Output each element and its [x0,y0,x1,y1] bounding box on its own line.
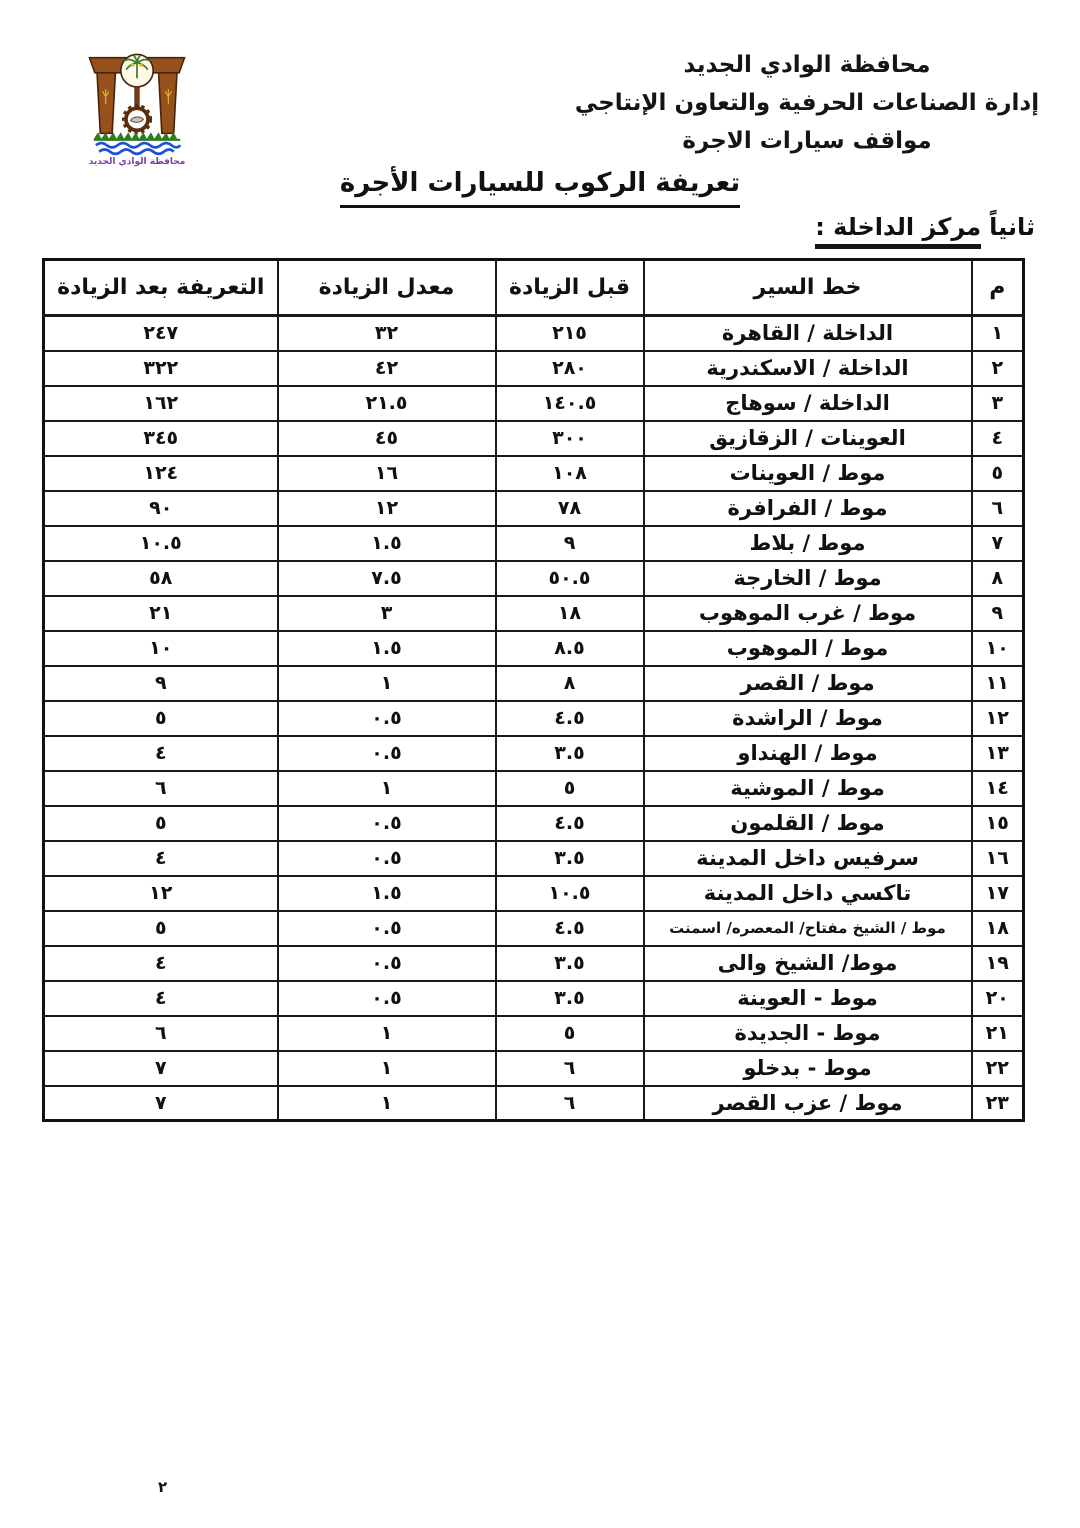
cell-fare-after: ٣٢٢ [44,351,278,386]
cell-fare-before: ٣.٥ [496,946,644,981]
cell-route: الداخلة / الاسكندرية [644,351,972,386]
table-row: ١٦ سرفيس داخل المدينة ٣.٥ ٠.٥ ٤ [44,841,1024,876]
cell-increase-rate: ٤٢ [278,351,496,386]
cell-row-number: ١٠ [972,631,1024,666]
table-row: ١٨ موط / الشيخ مفتاح/ المعصره/ اسمنت ٤.٥… [44,911,1024,946]
table-row: ١٩ موط/ الشيخ والى ٣.٥ ٠.٥ ٤ [44,946,1024,981]
col-header-number: م [972,260,1024,316]
cell-fare-before: ٣.٥ [496,841,644,876]
cell-fare-after: ٤ [44,736,278,771]
cell-row-number: ٢٠ [972,981,1024,1016]
document-page: محافظة الوادي الجديد محافظة الوادي الجدي… [0,0,1080,1528]
cell-row-number: ٩ [972,596,1024,631]
table-row: ١٠ موط / الموهوب ٨.٥ ١.٥ ١٠ [44,631,1024,666]
table-row: ١ الداخلة / القاهرة ٢١٥ ٣٢ ٢٤٧ [44,316,1024,351]
cell-fare-before: ٤.٥ [496,701,644,736]
cell-row-number: ٥ [972,456,1024,491]
cell-row-number: ٢٢ [972,1051,1024,1086]
cell-increase-rate: ١ [278,1016,496,1051]
cell-route: موط / الراشدة [644,701,972,736]
cell-row-number: ١٤ [972,771,1024,806]
fare-table-header: م خط السير قبل الزيادة معدل الزيادة التع… [44,260,1024,316]
col-header-fare-after: التعريفة بعد الزيادة [44,260,278,316]
cell-route: موط / عزب القصر [644,1086,972,1121]
cell-fare-after: ٦ [44,771,278,806]
cell-increase-rate: ١ [278,771,496,806]
cell-increase-rate: ٣ [278,596,496,631]
table-row: ٢٠ موط - العوينة ٣.٥ ٠.٥ ٤ [44,981,1024,1016]
cell-row-number: ١ [972,316,1024,351]
cell-route: موط / القصر [644,666,972,701]
cell-fare-after: ٥ [44,701,278,736]
cell-increase-rate: ٠.٥ [278,701,496,736]
cell-fare-before: ٥ [496,1016,644,1051]
cell-route: العوينات / الزقازيق [644,421,972,456]
table-row: ٨ موط / الخارجة ٥٠.٥ ٧.٥ ٥٨ [44,561,1024,596]
col-header-fare-before: قبل الزيادة [496,260,644,316]
cell-fare-before: ٢١٥ [496,316,644,351]
cell-row-number: ١٩ [972,946,1024,981]
document-title-wrap: تعريفة الركوب للسيارات الأجرة [0,168,1080,208]
table-row: ١٢ موط / الراشدة ٤.٥ ٠.٥ ٥ [44,701,1024,736]
cell-row-number: ٦ [972,491,1024,526]
cell-fare-after: ٥ [44,911,278,946]
cell-route: موط / الموهوب [644,631,972,666]
cell-fare-before: ٥٠.٥ [496,561,644,596]
cell-fare-after: ٩ [44,666,278,701]
cell-route: موط / الخارجة [644,561,972,596]
cell-fare-before: ٨.٥ [496,631,644,666]
letterhead-department: إدارة الصناعات الحرفية والتعاون الإنتاجي [572,84,1042,122]
letterhead: محافظة الوادي الجديد إدارة الصناعات الحر… [572,46,1042,160]
cell-increase-rate: ١ [278,1086,496,1121]
cell-fare-before: ٥ [496,771,644,806]
cell-row-number: ١٥ [972,806,1024,841]
cell-row-number: ٢١ [972,1016,1024,1051]
cell-fare-before: ٦ [496,1086,644,1121]
cell-row-number: ٧ [972,526,1024,561]
cell-increase-rate: ٤٥ [278,421,496,456]
table-row: ٥ موط / العوينات ١٠٨ ١٦ ١٢٤ [44,456,1024,491]
cell-fare-after: ٧ [44,1051,278,1086]
cell-fare-before: ٤.٥ [496,806,644,841]
cell-row-number: ٤ [972,421,1024,456]
fare-table: م خط السير قبل الزيادة معدل الزيادة التع… [42,258,1025,1122]
col-header-increase-rate: معدل الزيادة [278,260,496,316]
cell-fare-after: ١٠.٥ [44,526,278,561]
cell-fare-after: ١٢ [44,876,278,911]
table-row: ١٤ موط / الموشية ٥ ١ ٦ [44,771,1024,806]
governorate-emblem-icon [83,48,191,156]
cell-row-number: ٨ [972,561,1024,596]
cell-fare-before: ٩ [496,526,644,561]
cell-increase-rate: ١٦ [278,456,496,491]
cell-fare-before: ٧٨ [496,491,644,526]
cell-route: الداخلة / القاهرة [644,316,972,351]
cell-fare-after: ٢١ [44,596,278,631]
cell-increase-rate: ٠.٥ [278,946,496,981]
cell-row-number: ٣ [972,386,1024,421]
cell-row-number: ١٧ [972,876,1024,911]
cell-fare-before: ٨ [496,666,644,701]
cell-increase-rate: ٧.٥ [278,561,496,596]
cell-fare-after: ٢٤٧ [44,316,278,351]
cell-increase-rate: ٠.٥ [278,981,496,1016]
table-row: ٧ موط / بلاط ٩ ١.٥ ١٠.٥ [44,526,1024,561]
cell-fare-after: ١٢٤ [44,456,278,491]
cell-route: الداخلة / سوهاج [644,386,972,421]
cell-route: موط / غرب الموهوب [644,596,972,631]
cell-route: سرفيس داخل المدينة [644,841,972,876]
cell-fare-after: ٤ [44,946,278,981]
cell-route: موط / الهنداو [644,736,972,771]
document-title: تعريفة الركوب للسيارات الأجرة [340,168,740,208]
cell-fare-before: ١٠٨ [496,456,644,491]
cell-increase-rate: ١٢ [278,491,496,526]
cell-fare-before: ٤.٥ [496,911,644,946]
cell-route: موط / القلمون [644,806,972,841]
table-row: ١١ موط / القصر ٨ ١ ٩ [44,666,1024,701]
cell-fare-before: ٦ [496,1051,644,1086]
cell-increase-rate: ٠.٥ [278,736,496,771]
cell-increase-rate: ٣٢ [278,316,496,351]
cell-fare-after: ٤ [44,841,278,876]
cell-fare-before: ١٤٠.٥ [496,386,644,421]
page-number: ٢ [158,1478,167,1496]
cell-route: موط / بلاط [644,526,972,561]
col-header-route: خط السير [644,260,972,316]
cell-route: موط - العوينة [644,981,972,1016]
cell-row-number: ٢ [972,351,1024,386]
cell-fare-after: ٤ [44,981,278,1016]
table-row: ٩ موط / غرب الموهوب ١٨ ٣ ٢١ [44,596,1024,631]
cell-fare-after: ٥٨ [44,561,278,596]
cell-increase-rate: ٠.٥ [278,841,496,876]
cell-fare-after: ١٠ [44,631,278,666]
table-row: ٢ الداخلة / الاسكندرية ٢٨٠ ٤٢ ٣٢٢ [44,351,1024,386]
table-row: ١٥ موط / القلمون ٤.٥ ٠.٥ ٥ [44,806,1024,841]
cell-fare-after: ٧ [44,1086,278,1121]
table-row: ٢١ موط - الجديدة ٥ ١ ٦ [44,1016,1024,1051]
table-row: ١٣ موط / الهنداو ٣.٥ ٠.٥ ٤ [44,736,1024,771]
table-row: ٤ العوينات / الزقازيق ٣٠٠ ٤٥ ٣٤٥ [44,421,1024,456]
cell-increase-rate: ١.٥ [278,876,496,911]
cell-fare-after: ٦ [44,1016,278,1051]
cell-row-number: ١٨ [972,911,1024,946]
subtitle-center-name: مركز الداخلة : [815,213,981,249]
table-row: ١٧ تاكسي داخل المدينة ١٠.٥ ١.٥ ١٢ [44,876,1024,911]
cell-fare-before: ٣٠٠ [496,421,644,456]
cell-fare-before: ٣.٥ [496,736,644,771]
logo-caption: محافظة الوادي الجديد [78,157,196,167]
cell-row-number: ١٢ [972,701,1024,736]
cell-increase-rate: ٠.٥ [278,806,496,841]
section-subtitle: ثانياًمركز الداخلة : [815,213,1035,249]
cell-fare-after: ٥ [44,806,278,841]
fare-table-body: ١ الداخلة / القاهرة ٢١٥ ٣٢ ٢٤٧ ٢ الداخلة… [44,316,1024,1121]
cell-fare-after: ٩٠ [44,491,278,526]
table-row: ٢٢ موط - بدخلو ٦ ١ ٧ [44,1051,1024,1086]
cell-fare-after: ٣٤٥ [44,421,278,456]
cell-route: موط/ الشيخ والى [644,946,972,981]
cell-fare-before: ٣.٥ [496,981,644,1016]
header-row: م خط السير قبل الزيادة معدل الزيادة التع… [44,260,1024,316]
cell-row-number: ٢٣ [972,1086,1024,1121]
cell-row-number: ١١ [972,666,1024,701]
cell-fare-before: ١٠.٥ [496,876,644,911]
cell-increase-rate: ٠.٥ [278,911,496,946]
subtitle-prefix: ثانياً [989,213,1035,241]
cell-increase-rate: ١.٥ [278,631,496,666]
table-row: ٦ موط / الفرافرة ٧٨ ١٢ ٩٠ [44,491,1024,526]
cell-fare-before: ٢٨٠ [496,351,644,386]
cell-route: موط - بدخلو [644,1051,972,1086]
cell-route: موط / الفرافرة [644,491,972,526]
cell-row-number: ١٣ [972,736,1024,771]
cell-increase-rate: ٢١.٥ [278,386,496,421]
cell-fare-before: ١٨ [496,596,644,631]
cell-route: موط - الجديدة [644,1016,972,1051]
letterhead-governorate: محافظة الوادي الجديد [572,46,1042,84]
cell-route: موط / العوينات [644,456,972,491]
governorate-logo: محافظة الوادي الجديد [78,48,196,167]
table-row: ٣ الداخلة / سوهاج ١٤٠.٥ ٢١.٥ ١٦٢ [44,386,1024,421]
table-row: ٢٣ موط / عزب القصر ٦ ١ ٧ [44,1086,1024,1121]
cell-fare-after: ١٦٢ [44,386,278,421]
cell-row-number: ١٦ [972,841,1024,876]
letterhead-office: مواقف سيارات الاجرة [572,122,1042,160]
cell-increase-rate: ١ [278,1051,496,1086]
cell-increase-rate: ١ [278,666,496,701]
cell-route: موط / الشيخ مفتاح/ المعصره/ اسمنت [644,911,972,946]
cell-route: تاكسي داخل المدينة [644,876,972,911]
cell-route: موط / الموشية [644,771,972,806]
cell-increase-rate: ١.٥ [278,526,496,561]
